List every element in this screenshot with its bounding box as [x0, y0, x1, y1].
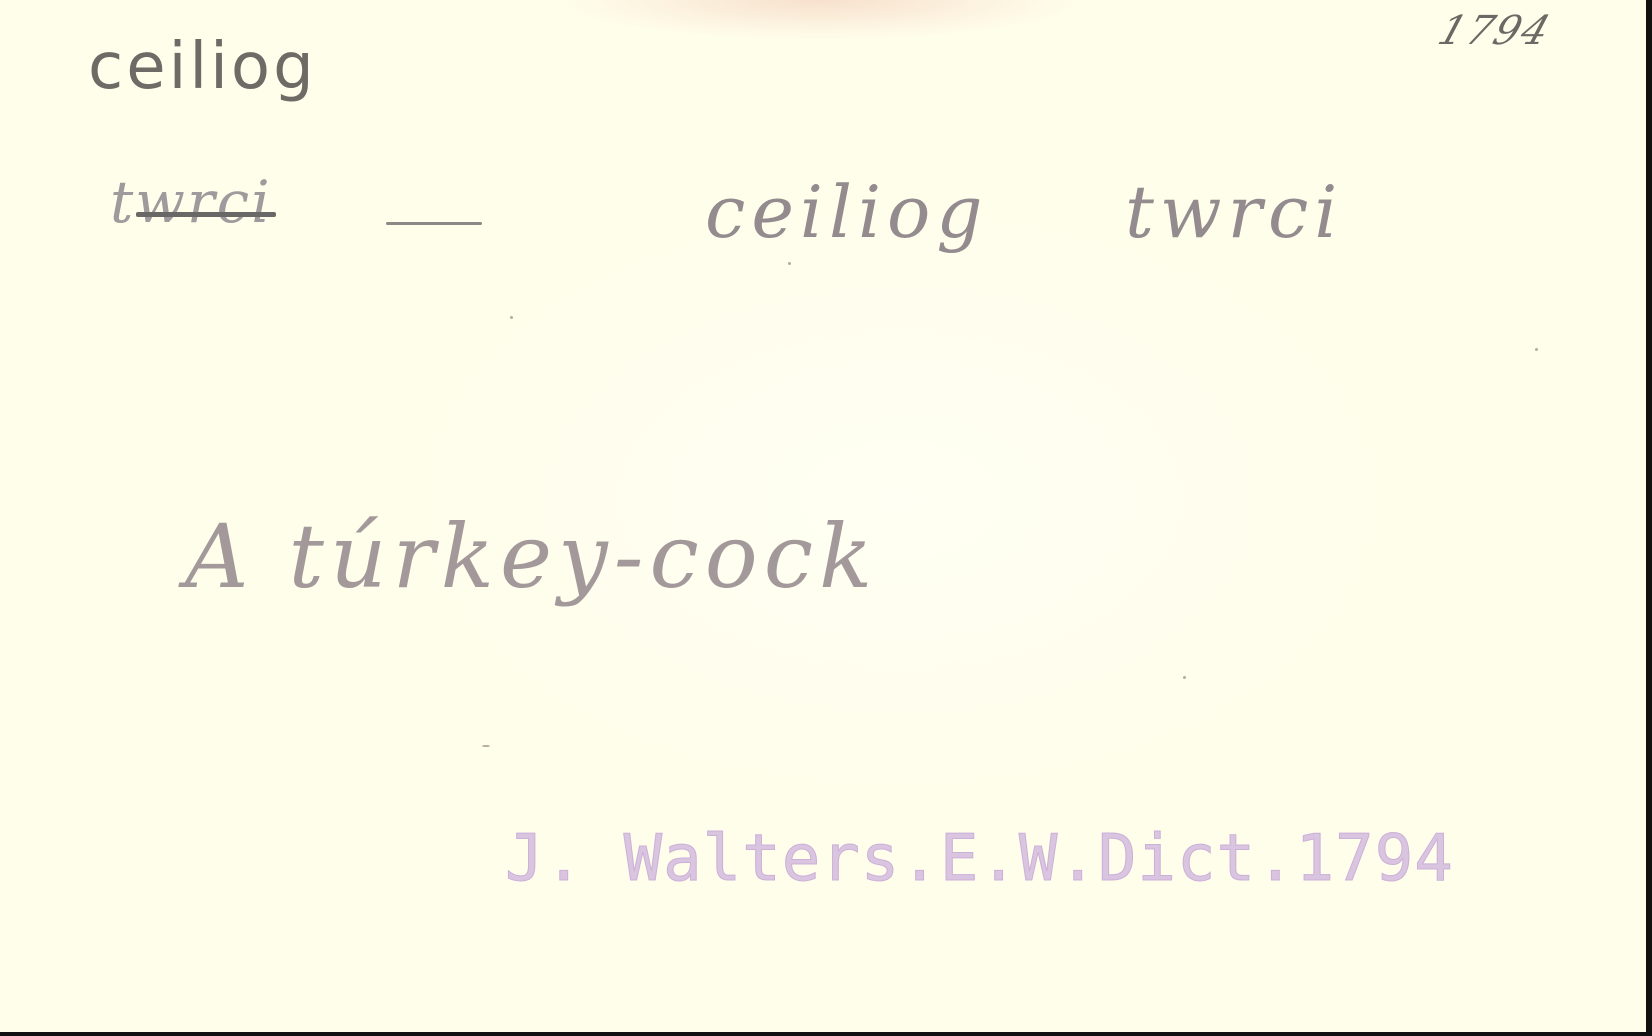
- struck-through-form: twrci: [110, 168, 272, 236]
- headword: ceiliog: [88, 30, 317, 104]
- paper-speck: [482, 745, 490, 747]
- paper-speck: [788, 262, 791, 265]
- english-gloss: A túrkey-cock: [185, 505, 878, 608]
- separator-dash: [386, 222, 482, 225]
- dictionary-slip-card: ceiliog 1794 twrci ceiliog twrci A túrke…: [0, 0, 1646, 1032]
- variant-form-ceiliog: ceiliog: [705, 170, 988, 254]
- struck-form-text: twrci: [110, 168, 272, 236]
- year-annotation: 1794: [1433, 8, 1558, 54]
- strike-through-line: [136, 212, 276, 217]
- paper-speck: [510, 316, 513, 319]
- paper-speck: [1183, 676, 1186, 679]
- variant-form-twrci: twrci: [1125, 170, 1343, 254]
- source-stamp: J. Walters.E.W.Dict.1794: [505, 822, 1454, 896]
- paper-speck: [1535, 348, 1538, 351]
